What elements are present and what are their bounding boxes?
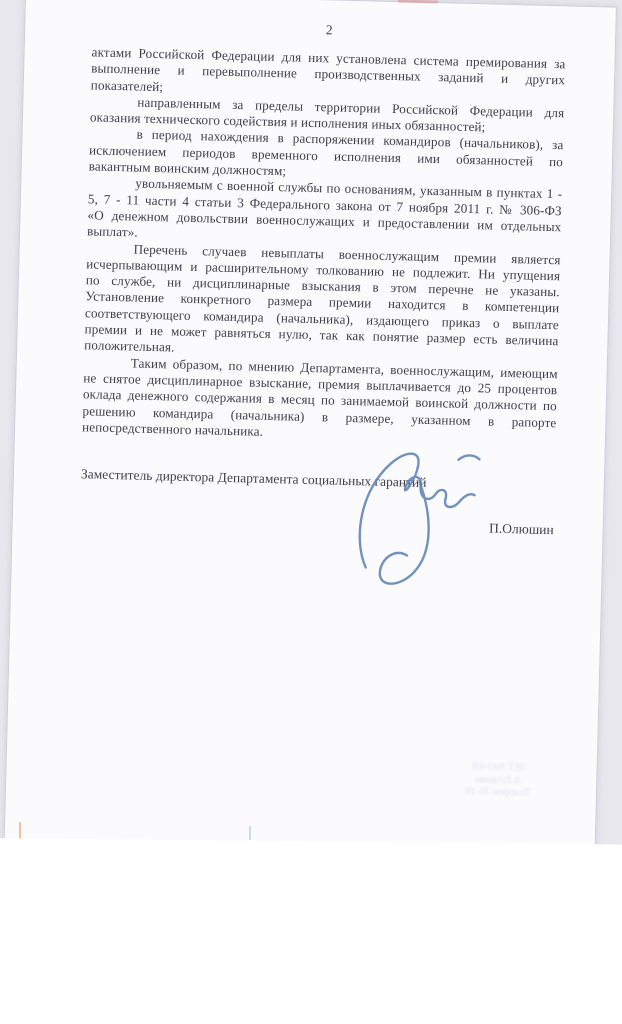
page-number: 2 (92, 16, 566, 44)
scanned-page: 2 актами Российской Федерации для них ус… (3, 0, 617, 848)
bleed-through-line: Телефон 35-16 (436, 785, 560, 801)
bleed-through-text: ЗЕТ №О-6ЯА.ЕгороваТелефон 35-16 (436, 760, 561, 801)
scanner-background: 2 актами Российской Федерации для них ус… (0, 0, 622, 848)
body-text: актами Российской Федерации для них уста… (82, 44, 566, 447)
scan-bottom-white-area (0, 838, 622, 905)
scan-artifact-teal-line (249, 826, 251, 840)
